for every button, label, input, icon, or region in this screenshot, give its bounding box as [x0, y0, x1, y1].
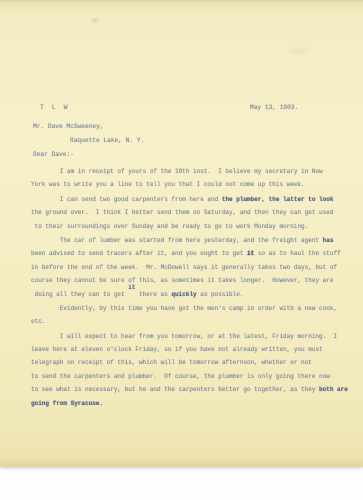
letter-line: in before the end of the week. Mr. McDow…: [31, 261, 357, 274]
letter-line: telegraph on receipt of this, which will…: [31, 356, 357, 369]
letter-text-segment: been advised to send tracers after it, a…: [31, 250, 247, 257]
letter-text-segment: in before the end of the week. Mr. McDow…: [31, 264, 337, 271]
letter-text-segment: as possible.: [197, 291, 244, 298]
letter-text-segment: etc.: [31, 318, 45, 325]
letter-line: to their surroundings over Sunday and be…: [31, 220, 357, 233]
letter-text-segment: so as to haul the stuff: [254, 250, 340, 257]
letter-date: May 13, 1903.: [250, 104, 298, 111]
letter-line: etc.: [31, 315, 357, 328]
letter-line: been advised to send tracers after it, a…: [31, 247, 357, 260]
letter-paragraph: I am in receipt of yours of the 10th ins…: [31, 165, 357, 192]
letter-paragraph: Evidently, by this time you have got the…: [31, 302, 357, 329]
letter-text-segment: Evidently, by this time you have got the…: [31, 305, 337, 312]
letter-text-segment: the ground over. I think I better send t…: [31, 209, 333, 216]
letter-text-segment: I will expect to hear from you tomorrow,…: [31, 333, 337, 340]
recipient-address: Raquette Lake, N. Y.: [70, 137, 144, 144]
letter-text-segment: quickly: [171, 291, 196, 298]
letter-line: I can send two good carpenters from here…: [31, 193, 357, 206]
salutation: Dear Dave:-: [33, 151, 74, 158]
letter-body: I am in receipt of yours of the 10th ins…: [31, 165, 357, 411]
letter-text-segment: course they cannot be sure of this, as s…: [31, 277, 333, 284]
letter-line: to see what is necessary, but he and the…: [31, 383, 357, 396]
letter-text-segment: it: [128, 284, 135, 291]
typist-initials: T L W: [40, 104, 70, 111]
letter-line: course they cannot be sure of this, as s…: [31, 274, 357, 287]
letter-text-segment: to see what is necessary, but he and the…: [31, 386, 319, 393]
letter-paragraph: I can send two good carpenters from here…: [31, 193, 357, 233]
letter-line: I am in receipt of yours of the 10th ins…: [31, 165, 357, 178]
recipient-name: Mr. Dave McSweeney,: [33, 123, 104, 130]
letter-line: doing all they can to get it there as qu…: [31, 288, 357, 301]
letter-line: Evidently, by this time you have got the…: [31, 302, 357, 315]
letter-line: to send the carpenters and plumber. Of c…: [31, 370, 357, 383]
letter-text-segment: going from Syracuse.: [31, 400, 103, 407]
letter-text-segment: there as: [135, 291, 171, 298]
letter-line: I will expect to hear from you tomorrow,…: [31, 330, 357, 343]
letter-text-segment: the plumber, the latter to look: [222, 196, 334, 203]
letter-line: The car of lumber was started from here …: [31, 234, 357, 247]
letter-text-segment: to their surroundings over Sunday and be…: [31, 223, 308, 230]
letter-line: the ground over. I think I better send t…: [31, 206, 357, 219]
letter-text-segment: leave here at eleven o'clock Friday, so …: [31, 346, 323, 353]
letter-text-segment: both are: [319, 386, 348, 393]
letter-text-segment: I can send two good carpenters from here…: [31, 196, 222, 203]
letter-text-segment: to send the carpenters and plumber. Of c…: [31, 373, 330, 380]
letter-line: leave here at eleven o'clock Friday, so …: [31, 343, 357, 356]
letter-line: going from Syracuse.: [31, 397, 357, 410]
letter-text-segment: telegraph on receipt of this, which will…: [31, 359, 312, 366]
letter-paragraph: I will expect to hear from you tomorrow,…: [31, 330, 357, 410]
letter-paragraph: The car of lumber was started from here …: [31, 234, 357, 301]
letter-text-segment: I am in receipt of yours of the 10th ins…: [31, 168, 323, 175]
letter-text-segment: doing all they can to get: [31, 291, 128, 298]
letter-text-segment: York was to write you a line to tell you…: [31, 181, 305, 188]
letter-text-segment: The car of lumber was started from here …: [31, 237, 323, 244]
letter-text-segment: has: [323, 237, 334, 244]
letter-paper: T L W May 13, 1903. Mr. Dave McSweeney, …: [0, 0, 363, 467]
letter-line: York was to write you a line to tell you…: [31, 178, 357, 191]
scanned-letter-page: T L W May 13, 1903. Mr. Dave McSweeney, …: [0, 0, 363, 500]
